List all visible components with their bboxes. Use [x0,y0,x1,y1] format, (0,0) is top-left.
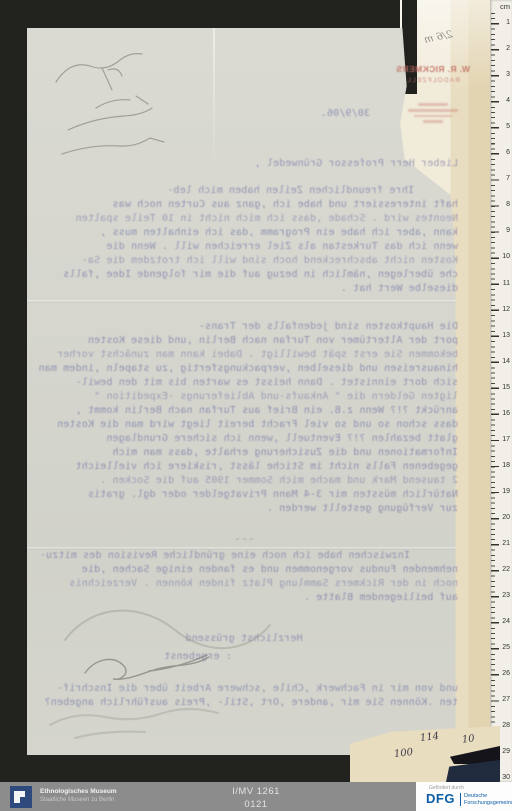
ruler-number: 20 [497,514,510,521]
ruler-number: 21 [497,540,510,547]
paper-crease [213,28,215,168]
pencil-annotation [35,700,235,750]
typed-line: Informationen und die Zusicherung erhalt… [30,446,458,460]
letterhead-address-line [423,120,443,123]
salutation-line: Lieber Herr Professor Grünwedel , [30,157,458,171]
ruler-number: 7 [497,175,510,182]
measurement-ruler: cm 1234567891011121314151617181920212223… [490,0,512,782]
ruler-number: 2 [497,45,510,52]
funder-name: Forschungsgemeinschaft [464,800,512,806]
ruler-number: 16 [497,410,510,417]
funder-name: Deutsche [464,793,487,799]
typed-line: dass schon so und so viel Fracht bereit … [30,418,458,432]
typed-line: hinausreisen und dieselben ,verpackungsf… [30,362,458,376]
typed-paragraph: Ihre freundlichen Zeilen haben mich leb-… [30,184,458,296]
typed-line: 2 tausend Mark und mache mich Sommer 190… [30,474,458,488]
dfg-logo-divider [460,793,461,806]
typed-line: anrückt ?!? Wenn z.B. ein Brief aus Turf… [30,404,458,418]
typed-paragraph: Die Hauptkosten sind jedenfalls der Tran… [30,320,458,516]
ruler-number: 25 [497,644,510,651]
typed-line: dieselbe Wert hat . [30,282,458,296]
typed-line: haft interessiert und habe ich ,ganz aus… [30,198,458,212]
typed-line: bekommen Sie erst spät bewilligt . Dabei… [30,348,458,362]
ruler-number: 10 [497,253,510,260]
typed-line: wenn ich das Turkestan als Ziel erreiche… [30,240,458,254]
archival-scan: cm 1234567891011121314151617181920212223… [0,0,512,811]
typed-line: glatt bezahlen ?!? Eventuell ,wenn ich s… [30,432,458,446]
ruler-number: 24 [497,618,510,625]
typed-line: Neontes wird . Schade ,dass ich mich nic… [30,212,458,226]
pencil-annotation [38,34,188,159]
ruler-number: 6 [497,149,510,156]
ruler-number: 18 [497,462,510,469]
footer-bar: Ethnologisches Museum Staatliche Museen … [0,782,512,811]
typed-line: zur Verfügung gestellt werden . [30,502,458,516]
typed-line: Kosten nicht abschreckend hoch sind will… [30,254,458,268]
ruler-number: 9 [497,227,510,234]
ruler-number: 22 [497,566,510,573]
ruler-number: 8 [497,201,510,208]
typed-line: ligten Geldern die " Ankaufs-und Abliefe… [30,390,458,404]
letterhead: W. R. RICKMERS RADOLFZELL [394,64,472,126]
typed-line: Natürlich müssten mir 3-4 Mann Privatgel… [30,488,458,502]
typed-line: noch in der Rickmers Sammlung Platz find… [30,577,458,591]
letterhead-address-line [408,109,458,112]
typed-line: gegebenen Falls nicht im Stiche lässt ,r… [30,460,458,474]
dfg-logo: DFG [426,791,455,806]
typed-line: nehmenden Fundus vorgenommen und es fand… [30,563,458,577]
ruler-number: 12 [497,306,510,313]
paragraph-separator: --- [30,533,458,547]
ruler-number: 1 [497,19,510,26]
letterhead-address-line [414,115,452,118]
ruler-number: 3 [497,71,510,78]
ruler-number: 17 [497,436,510,443]
letterhead-place: RADOLFZELL [394,77,472,84]
typed-line: port der Altertümer von Turfan nach Berl… [30,334,458,348]
letterhead-name: W. R. RICKMERS [394,64,472,74]
typed-line: kann ,aber ich habe ein Programm ,das ic… [30,226,458,240]
typed-line: che überlegen ,nämlich in bezug auf die … [30,268,458,282]
typed-line: Ihre freundlichen Zeilen haben mich leb- [30,184,458,198]
sheet-number: 10 [461,733,475,745]
typed-date: 30/9/06. [306,108,370,119]
signature-scribble [55,595,285,690]
ruler-unit-label: cm [500,2,510,11]
ruler-number: 23 [497,592,510,599]
dfg-credit-box: Gefördert durch DFG Deutsche Forschungsg… [416,782,512,811]
ruler-major-ticks [491,23,499,779]
sheet-number: 100 [393,747,413,760]
ruler-number: 27 [497,696,510,703]
sheet-number: 114 [419,731,439,744]
typed-line: Die Hauptkosten sind jedenfalls der Tran… [30,320,458,334]
ruler-number: 15 [497,384,510,391]
ruler-number: 13 [497,332,510,339]
ruler-number: 5 [497,123,510,130]
typed-line: Inzwischen habe ich noch eine gründliche… [30,549,458,563]
ruler-number: 4 [497,97,510,104]
letterhead-address-line [418,103,448,106]
ruler-number: 19 [497,488,510,495]
typed-line: sich dort einnistet . Dann heisst es war… [30,376,458,390]
ruler-number: 14 [497,358,510,365]
ruler-number: 11 [497,280,510,287]
ruler-number: 26 [497,670,510,677]
